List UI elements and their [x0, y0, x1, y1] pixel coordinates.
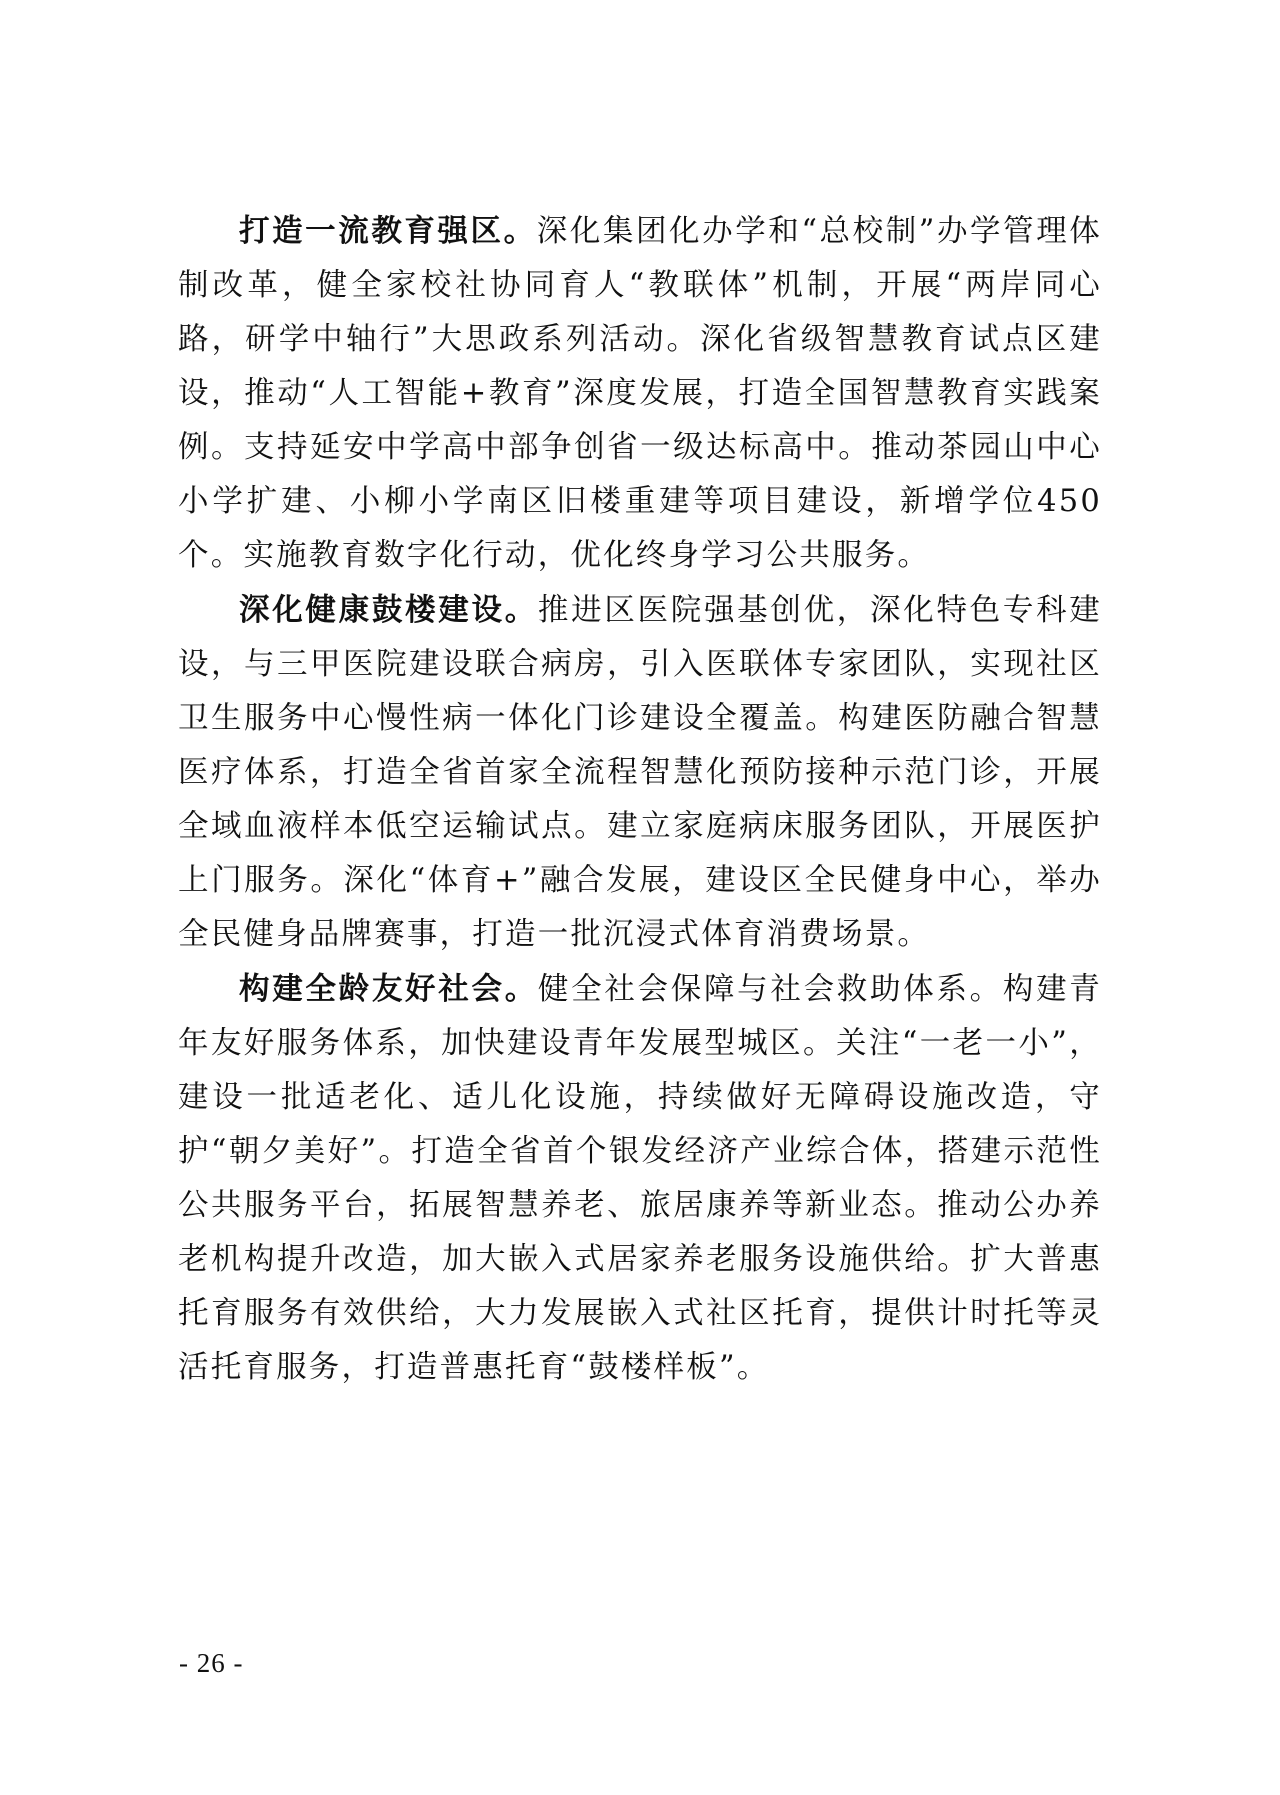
document-body: 打造一流教育强区。深化集团化办学和“总校制”办学管理体制改革，健全家校社协同育人…: [178, 204, 1102, 1395]
paragraph-heading: 构建全龄友好社会。: [239, 971, 538, 1007]
paragraph-text: 深化集团化办学和“总校制”办学管理体制改革，健全家校社协同育人“教联体”机制，开…: [178, 214, 1102, 573]
document-page: 打造一流教育强区。深化集团化办学和“总校制”办学管理体制改革，健全家校社协同育人…: [0, 0, 1280, 1795]
paragraph-education: 打造一流教育强区。深化集团化办学和“总校制”办学管理体制改革，健全家校社协同育人…: [178, 204, 1102, 583]
paragraph-society: 构建全龄友好社会。健全社会保障与社会救助体系。构建青年友好服务体系，加快建设青年…: [178, 962, 1102, 1395]
paragraph-heading: 深化健康鼓楼建设。: [239, 592, 538, 628]
paragraph-heading: 打造一流教育强区。: [239, 213, 537, 249]
paragraph-text: 健全社会保障与社会救助体系。构建青年友好服务体系，加快建设青年发展型城区。关注“…: [178, 972, 1102, 1385]
paragraph-text: 推进区医院强基创优，深化特色专科建设，与三甲医院建设联合病房，引入医联体专家团队…: [178, 593, 1102, 952]
page-number: - 26 -: [179, 1648, 243, 1679]
paragraph-health: 深化健康鼓楼建设。推进区医院强基创优，深化特色专科建设，与三甲医院建设联合病房，…: [178, 583, 1102, 962]
